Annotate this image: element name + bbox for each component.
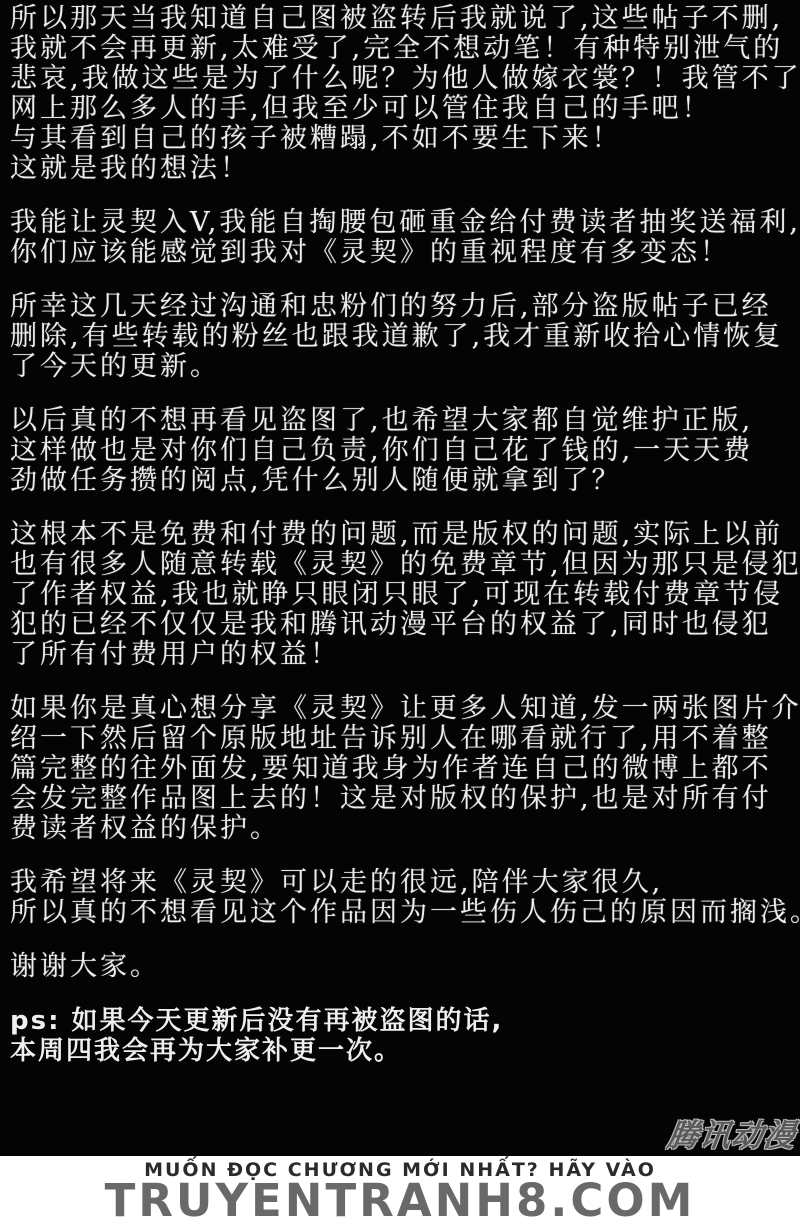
text-line: 了作者权益,我也就睁只眼闭只眼了,可现在转载付费章节侵 (10, 580, 796, 610)
text-line: 所以那天当我知道自己图被盗转后我就说了,这些帖子不删, (10, 4, 796, 34)
text-line: 与其看到自己的孩子被糟蹋,不如不要生下来！ (10, 124, 796, 154)
footer-site-url: TRUYENTRANH8.COM (0, 1178, 800, 1224)
text-line: 悲哀,我做这些是为了什么呢？为他人做嫁衣裳？！我管不了 (10, 64, 796, 94)
note-text: 所以那天当我知道自己图被盗转后我就说了,这些帖子不删,我就不会再更新,太难受了,… (10, 4, 796, 1066)
text-line: 这样做也是对你们自己负责,你们自己花了钱的,一天天费 (10, 436, 796, 466)
text-line: 我希望将来《灵契》可以走的很远,陪伴大家很久, (10, 868, 796, 898)
text-line: 本周四我会再为大家补更一次。 (10, 1036, 796, 1066)
text-line: 会发完整作品图上去的！这是对版权的保护,也是对所有付 (10, 784, 796, 814)
text-line: 劲做任务攒的阅点,凭什么别人随便就拿到了？ (10, 466, 796, 496)
site-footer: MUỐN ĐỌC CHƯƠNG MỚI NHẤT? HÃY VÀO TRUYEN… (0, 1156, 800, 1225)
text-line: 篇完整的往外面发,要知道我身为作者连自己的微博上都不 (10, 754, 796, 784)
text-line: 了所有付费用户的权益！ (10, 640, 796, 670)
paragraph: 我希望将来《灵契》可以走的很远,陪伴大家很久,所以真的不想看见这个作品因为一些伤… (10, 868, 796, 928)
text-line: 删除,有些转载的粉丝也跟我道歉了,我才重新收拾心情恢复 (10, 322, 796, 352)
text-line: 我就不会再更新,太难受了,完全不想动笔！有种特别泄气的 (10, 34, 796, 64)
text-line: 绍一下然后留个原版地址告诉别人在哪看就行了,用不着整 (10, 724, 796, 754)
paragraph: 我能让灵契入V,我能自掏腰包砸重金给付费读者抽奖送福利,你们应该能感觉到我对《灵… (10, 208, 796, 268)
text-line: 也有很多人随意转载《灵契》的免费章节,但因为那只是侵犯 (10, 550, 796, 580)
text-line: 了今天的更新。 (10, 352, 796, 382)
comic-page: 所以那天当我知道自己图被盗转后我就说了,这些帖子不删,我就不会再更新,太难受了,… (0, 0, 800, 1225)
paragraph: 谢谢大家。 (10, 952, 796, 982)
text-line: 谢谢大家。 (10, 952, 796, 982)
tencent-comics-logo: 腾讯动漫 (665, 1110, 799, 1155)
text-line: 所以真的不想看见这个作品因为一些伤人伤己的原因而搁浅。 (10, 898, 796, 928)
paragraph: 这根本不是免费和付费的问题,而是版权的问题,实际上以前也有很多人随意转载《灵契》… (10, 520, 796, 670)
text-line: 所幸这几天经过沟通和忠粉们的努力后,部分盗版帖子已经 (10, 292, 796, 322)
text-line: 我能让灵契入V,我能自掏腰包砸重金给付费读者抽奖送福利, (10, 208, 796, 238)
paragraph: 以后真的不想再看见盗图了,也希望大家都自觉维护正版,这样做也是对你们自己负责,你… (10, 406, 796, 496)
text-line: 如果你是真心想分享《灵契》让更多人知道,发一两张图片介 (10, 694, 796, 724)
text-line: 网上那么多人的手,但我至少可以管住我自己的手吧！ (10, 94, 796, 124)
text-line: 你们应该能感觉到我对《灵契》的重视程度有多变态！ (10, 238, 796, 268)
text-line: 费读者权益的保护。 (10, 814, 796, 844)
text-line: 这就是我的想法！ (10, 154, 796, 184)
text-line: 犯的已经不仅仅是我和腾讯动漫平台的权益了,同时也侵犯 (10, 610, 796, 640)
author-note-panel: 所以那天当我知道自己图被盗转后我就说了,这些帖子不删,我就不会再更新,太难受了,… (0, 0, 800, 1156)
paragraph: 如果你是真心想分享《灵契》让更多人知道,发一两张图片介绍一下然后留个原版地址告诉… (10, 694, 796, 844)
paragraph: 所以那天当我知道自己图被盗转后我就说了,这些帖子不删,我就不会再更新,太难受了,… (10, 4, 796, 184)
text-line: 以后真的不想再看见盗图了,也希望大家都自觉维护正版, (10, 406, 796, 436)
text-line: 这根本不是免费和付费的问题,而是版权的问题,实际上以前 (10, 520, 796, 550)
paragraph: ps: 如果今天更新后没有再被盗图的话,本周四我会再为大家补更一次。 (10, 1006, 796, 1066)
text-line: ps: 如果今天更新后没有再被盗图的话, (10, 1006, 796, 1036)
paragraph: 所幸这几天经过沟通和忠粉们的努力后,部分盗版帖子已经删除,有些转载的粉丝也跟我道… (10, 292, 796, 382)
